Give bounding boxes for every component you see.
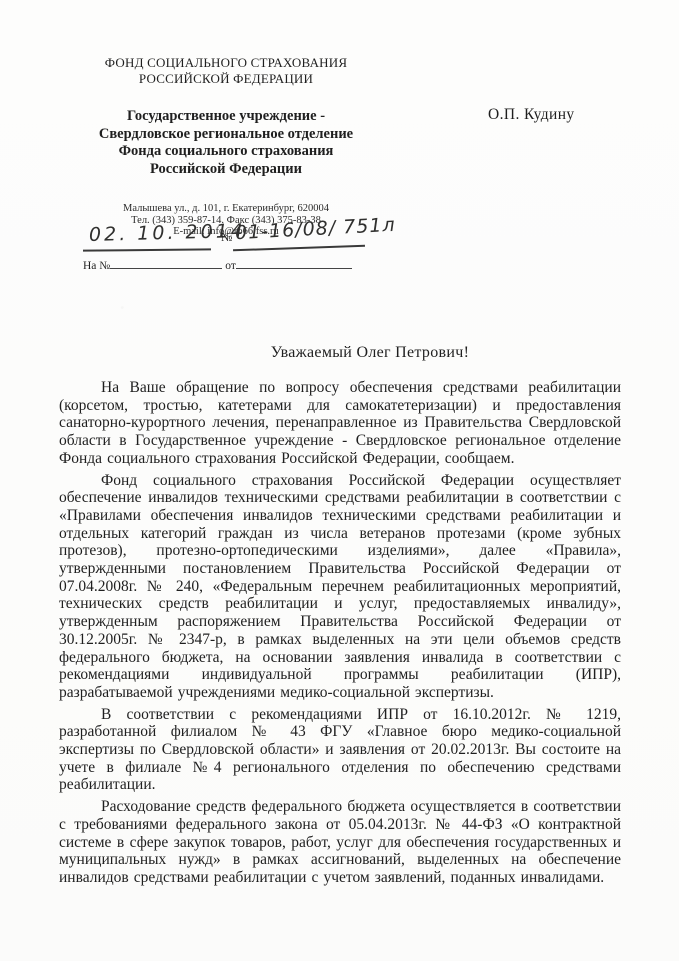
scanned-letter-page: ФОНД СОЦИАЛЬНОГО СТРАХОВАНИЯ РОССИЙСКОЙ …	[0, 0, 679, 961]
number-sign-label: №	[221, 230, 232, 245]
reply-from-label: от	[225, 260, 236, 272]
date-number-row: 02. 10. 2014 № 01-16/08/ 751л	[83, 220, 383, 254]
org-parent-line: ФОНД СОЦИАЛЬНОГО СТРАХОВАНИЯ	[63, 55, 389, 71]
parent-organization-name: ФОНД СОЦИАЛЬНОГО СТРАХОВАНИЯ РОССИЙСКОЙ …	[63, 55, 389, 87]
reply-number-blank	[110, 258, 222, 269]
org-parent-line: РОССИЙСКОЙ ФЕДЕРАЦИИ	[63, 71, 389, 87]
addressee-name: О.П. Кудину	[488, 106, 575, 124]
org-name-line: Российской Федерации	[63, 161, 389, 179]
body-paragraph-3: В соответствии с рекомендациями ИПР от 1…	[59, 706, 621, 795]
reply-reference-row: На №от	[83, 258, 383, 272]
org-name-line: Свердловское региональное отделение	[63, 126, 389, 144]
org-name-line: Фонда социального страхования	[63, 143, 389, 161]
org-address: Малышева ул., д. 101, г. Екатеринбург, 6…	[63, 203, 389, 215]
organization-name: Государственное учреждение - Свердловско…	[63, 108, 389, 178]
letterhead: ФОНД СОЦИАЛЬНОГО СТРАХОВАНИЯ РОССИЙСКОЙ …	[63, 55, 389, 238]
reply-to-label: На №	[83, 260, 110, 272]
org-name-line: Государственное учреждение -	[63, 108, 389, 126]
reference-block: 02. 10. 2014 № 01-16/08/ 751л На №от	[83, 220, 383, 272]
number-underline	[233, 245, 365, 252]
letter-body: Уважаемый Олег Петрович! На Ваше обращен…	[59, 344, 621, 887]
body-paragraph-2: Фонд социального страхования Российской …	[59, 472, 621, 702]
reply-date-blank	[236, 258, 352, 269]
body-paragraph-1: На Ваше обращение по вопросу обеспечения…	[59, 379, 621, 468]
body-paragraph-4: Расходование средств федерального бюджет…	[59, 798, 621, 887]
date-underline	[83, 248, 211, 251]
salutation: Уважаемый Олег Петрович!	[89, 344, 651, 362]
